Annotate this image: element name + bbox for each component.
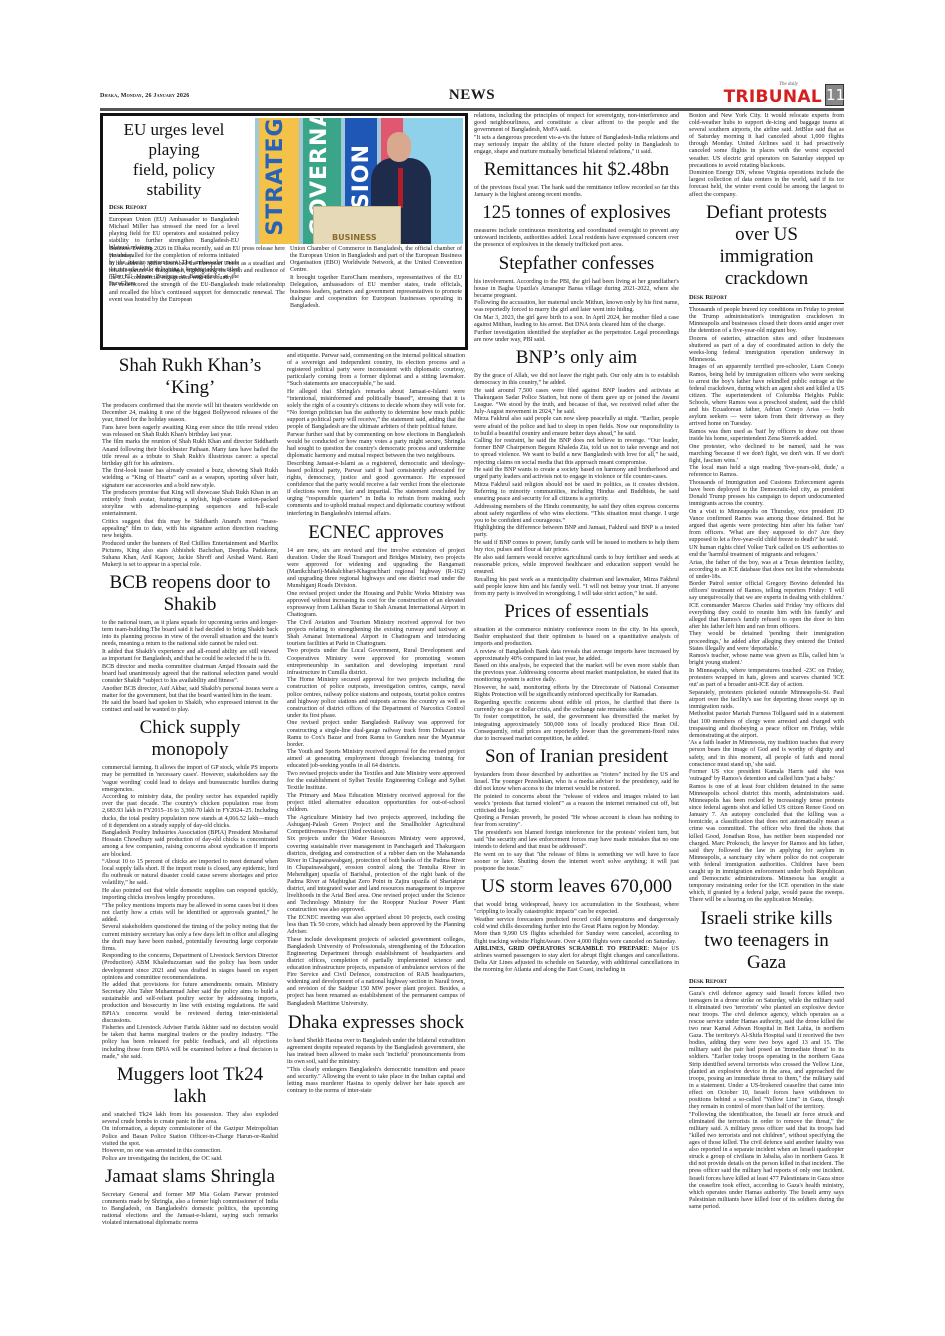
podium: BUSINESS: [313, 206, 401, 244]
byline: Desk Report: [689, 294, 844, 304]
byline: Desk Report: [689, 978, 844, 988]
page-number: 11: [825, 84, 844, 106]
lead-headline-line1: EU urges level playing: [124, 120, 225, 159]
paragraph: The Civil Aviation and Tourism Ministry …: [287, 620, 465, 648]
article-muggers-loot: Muggers loot Tk24 lakh and snatched Tk24…: [102, 1064, 278, 1163]
article-headline: Remittances hit $2.48bn: [474, 159, 679, 181]
paragraph: A review of Bangladesh Bank data reveals…: [474, 649, 679, 663]
article-headline: Dhaka expresses shock: [287, 1012, 465, 1034]
lead-photo: STRATEGY GOVERNANCE VISION ACY BUSINESS: [255, 118, 463, 244]
paragraph: Several stakeholders questioned the timi…: [102, 924, 278, 952]
article-dhaka-shock-continued: relations, including the principles of r…: [474, 113, 679, 156]
article-dhaka-shock: Dhaka expresses shock to hand Sheikh Has…: [287, 1012, 465, 1095]
speaker-head: [387, 132, 411, 162]
paragraph: Bangladesh Poultry Industries Associatio…: [102, 830, 278, 858]
article-headline: Defiant protests over US immigration cra…: [689, 202, 844, 290]
paragraph: Highlighting the difference between BNP …: [474, 525, 679, 539]
paragraph: The local man held a sign reading 'five-…: [689, 465, 844, 479]
article-headline: Prices of essentials: [474, 601, 679, 623]
paragraph: He pointed to concerns about the "releas…: [474, 794, 679, 815]
lead-story-continued-left: Business Evening 2026 in Dhaka recently,…: [109, 246, 285, 304]
article-headline: BCB reopens door to Shakib: [102, 572, 278, 616]
paragraph: Thousands of people braved icy condition…: [689, 307, 844, 335]
paragraph: Responding to the concerns, Department o…: [102, 953, 278, 981]
paragraph: Based on this analysis, he expected that…: [474, 663, 679, 684]
paragraph: He also said farmers would receive agric…: [474, 555, 679, 576]
article-headline: ECNEC approves: [287, 522, 465, 544]
paragraph: Arias, the father of the boy, was at a T…: [689, 560, 844, 581]
logo-wordmark: TRIBUNAL: [724, 88, 822, 106]
paragraph: These include development projects of se…: [287, 937, 465, 1008]
article-headline: Chick supply monopoly: [102, 717, 278, 761]
paragraph: Dominion Energy DN, whose Virginia opera…: [689, 170, 844, 198]
paragraph: One revised project under Bangladesh Rai…: [287, 720, 465, 748]
article-us-storm: US storm leaves 670,000 that would bring…: [474, 876, 679, 974]
paragraph: He underscored the strength of the EU-Ba…: [109, 282, 285, 303]
article-explosives: 125 tonnes of explosives measures includ…: [474, 202, 679, 249]
paragraph: The first-look teaser has already create…: [102, 468, 278, 489]
article-headline: Jamaat slams Shringla: [102, 1166, 278, 1188]
byline: Desk Report: [109, 204, 239, 214]
paragraph: However, no one was arrested in this con…: [102, 1148, 278, 1155]
paragraph: The ECNEC meeting was also apprised abou…: [287, 915, 465, 936]
paragraph: Former US vice president Kamala Harris s…: [689, 769, 844, 783]
paragraph: He said if BNP comes to power, family ca…: [474, 540, 679, 554]
paragraph: UN human rights chief Volker Turk called…: [689, 545, 844, 559]
paragraph: Mirza Fakhrul also said people can now s…: [474, 416, 679, 437]
paragraph: On Mar 3, 2023, the girl gave birth to a…: [474, 315, 679, 329]
paragraph: commercial farming. It allows the import…: [102, 765, 278, 793]
paragraph: Recalling his past work as a municipalit…: [474, 577, 679, 598]
paragraph: The Youth and Sports Ministry received a…: [287, 749, 465, 770]
paragraph: More than 9,990 US flights scheduled for…: [474, 931, 679, 945]
paragraph: to hand Sheikh Hasina over to Bangladesh…: [287, 1038, 465, 1066]
paragraph: In Minneapolis, where temperatures touch…: [689, 668, 844, 689]
article-headline: Shah Rukh Khan’s ‘King’: [102, 355, 278, 399]
paragraph: Secretary General and former MP Mia Gola…: [102, 1192, 278, 1227]
paragraph: Border Patrol senior official Gregory Bo…: [689, 581, 844, 631]
paragraph: to the national team, as it plans squads…: [102, 620, 278, 648]
paragraph: Ramos's teacher, whose name was given as…: [689, 653, 844, 667]
paragraph: Fisheries and Livestock Adviser Farida A…: [102, 1025, 278, 1060]
paragraph: Methodist pastor Mariah Furness Tollgaar…: [689, 711, 844, 739]
paragraph: He also pointed out that while domestic …: [102, 888, 278, 902]
paragraph: relations, including the principles of r…: [474, 113, 679, 134]
paragraph: Further investigation identified the ste…: [474, 330, 679, 344]
subhead: AIRLINES, GRID OPERATORS SCRAMBLE TO PRE…: [474, 946, 648, 952]
paragraph: Gaza's civil defence agency said Israeli…: [689, 991, 844, 1112]
article-remittances: Remittances hit $2.48bn of the previous …: [474, 159, 679, 199]
article-headline: 125 tonnes of explosives: [474, 202, 679, 224]
paragraph: his involvement. According to the PBI, t…: [474, 279, 679, 300]
paragraph: In his address, Miller described the Eur…: [109, 261, 285, 282]
paragraph: Parwar further said that by commenting o…: [287, 432, 465, 460]
paragraph: "Following the identification, the Israe…: [689, 1112, 844, 1211]
banner-strategy: STRATEGY: [259, 118, 299, 244]
paragraph: Produced under the banners of Red Chilli…: [102, 541, 278, 569]
paragraph: Mirza Fakhrul said religion should not b…: [474, 482, 679, 503]
paragraph: Addressing members of the Hindu communit…: [474, 504, 679, 525]
paragraph: According to ministry data, the poultry …: [102, 794, 278, 829]
article-headline: BNP’s only aim: [474, 347, 679, 369]
paragraph: measures include continuous monitoring a…: [474, 228, 679, 249]
article-chick-supply: Chick supply monopoly commercial farming…: [102, 717, 278, 1060]
paragraph: Thousands of Immigration and Customs Enf…: [689, 480, 844, 508]
paragraph: Quoting a Persian proverb, he posted "He…: [474, 815, 679, 829]
paragraph: The producers promise that King will sho…: [102, 490, 278, 518]
paragraph: Following the accusation, her maternal u…: [474, 300, 679, 314]
paragraph: Images of an apparently terrified pre-sc…: [689, 364, 844, 428]
lead-story-box: EU urges level playing field, policy sta…: [100, 113, 468, 350]
paragraph: On information, a deputy commissioner of…: [102, 1126, 278, 1147]
paragraph: that would bring widespread, heavy ice a…: [474, 902, 679, 916]
article-jamaat-shringla: Jamaat slams Shringla Secretary General …: [102, 1166, 278, 1227]
paragraph: It added that Shakib's experience and al…: [102, 649, 278, 663]
paragraph: and snatched Tk24 lakh from his possessi…: [102, 1112, 278, 1126]
paragraph: Describing Jamaat-e-Islami as a register…: [287, 461, 465, 518]
paragraph: Union Chamber of Commerce in Bangladesh,…: [290, 246, 462, 274]
article-headline: Stepfather confesses: [474, 253, 679, 275]
article-jamaat-continued: and etiquette. Parwar said, commenting o…: [287, 353, 465, 518]
article-ecnec: ECNEC approves 14 are new, six are revis…: [287, 522, 465, 1008]
paragraph: They would be detained 'pending their im…: [689, 631, 844, 652]
article-headline: US storm leaves 670,000: [474, 876, 679, 898]
article-headline: Son of Iranian president: [474, 746, 679, 768]
article-prices-essentials: Prices of essentials situation at the co…: [474, 601, 679, 743]
article-israeli-strike: Israeli strike kills two teenagers in Ga…: [689, 908, 844, 1212]
column-4: Boston and New York City. It would reloc…: [689, 113, 844, 1211]
column-3: relations, including the principles of r…: [474, 113, 679, 975]
paragraph: Boston and New York City. It would reloc…: [689, 113, 844, 170]
speaker-tie: [398, 168, 403, 208]
paragraph: BCB director and media committee chairma…: [102, 664, 278, 685]
paragraph: Two projects under the Local Government,…: [287, 648, 465, 676]
column-2: and etiquette. Parwar said, commenting o…: [287, 353, 465, 1095]
paragraph: By the grace of Allah, we did not leave …: [474, 373, 679, 387]
paragraph: Fans have been eagerly awaiting King eve…: [102, 425, 278, 439]
paragraph: It brought together EuroCham members, re…: [290, 275, 462, 310]
paragraph: The producers confirmed that the movie w…: [102, 403, 278, 424]
paragraph: Ramos is one of at least four children d…: [689, 784, 844, 905]
article-stepfather: Stepfather confesses his involvement. Ac…: [474, 253, 679, 344]
paragraph: However, he said, monitoring efforts by …: [474, 685, 679, 699]
paragraph: Six projects under the Water Resources M…: [287, 836, 465, 914]
article-bnp-aim: BNP’s only aim By the grace of Allah, we…: [474, 347, 679, 598]
paragraph: He said the BNP wants to create a societ…: [474, 467, 679, 481]
article-defiant-protests: Defiant protests over US immigration cra…: [689, 202, 844, 905]
article-bcb-shakib: BCB reopens door to Shakib to the nation…: [102, 572, 278, 714]
paragraph: “The policy mentions imports may be allo…: [102, 903, 278, 924]
paragraph: Weather service forecasters predicted re…: [474, 917, 679, 931]
podium-label: BUSINESS: [332, 233, 377, 242]
paragraph: Business Evening 2026 in Dhaka recently,…: [109, 246, 285, 260]
paragraph: He said the board had spoken to Shakib, …: [102, 700, 278, 714]
lead-headline-line2: field, policy stability: [133, 160, 215, 199]
paragraph: 'As a faith leader in Minnesota, my trad…: [689, 740, 844, 768]
paragraph: One protester, who declined to be named,…: [689, 444, 844, 465]
paragraph: To foster competition, he said, the gove…: [474, 714, 679, 742]
paragraph: The Agriculture Ministry had two project…: [287, 815, 465, 836]
article-headline: Israeli strike kills two teenagers in Ga…: [689, 908, 844, 974]
masthead-rule: [100, 108, 844, 111]
article-shah-rukh-khan: Shah Rukh Khan’s ‘King’ The producers co…: [102, 355, 278, 569]
paragraph: The Home Ministry secured approval for t…: [287, 677, 465, 720]
masthead: Dhaka, Monday, 26 January 2026 NEWS The …: [100, 80, 844, 108]
paragraph: bystanders from those described by autho…: [474, 772, 679, 793]
paragraph: Another BCB director, Asif Akbar, said S…: [102, 686, 278, 700]
article-us-storm-continued: Boston and New York City. It would reloc…: [689, 113, 844, 199]
article-iranian-president-son: Son of Iranian president bystanders from…: [474, 746, 679, 873]
paragraph: He alleged that Shringla's remarks about…: [287, 389, 465, 432]
paragraph: 14 are new, six are revised and five inv…: [287, 548, 465, 591]
logo-tagline: The daily: [779, 82, 798, 87]
paragraph: "It sets a dangerous precedent vis-a-vis…: [474, 135, 679, 156]
paragraph: “About 10 to 15 percent of chicks are im…: [102, 859, 278, 887]
paragraph: The president's son blamed foreign inter…: [474, 830, 679, 851]
paragraph: AIRLINES, GRID OPERATORS SCRAMBLE TO PRE…: [474, 946, 679, 974]
paragraph: He said around 7,500 cases were filed ag…: [474, 388, 679, 416]
paragraph: He went on to say that "the release of f…: [474, 852, 679, 873]
paragraph: of the previous fiscal year. The bank sa…: [474, 185, 679, 199]
paragraph: On a visit to Minneapolis on Thursday, v…: [689, 509, 844, 544]
lead-headline: EU urges level playing field, policy sta…: [109, 120, 239, 200]
paragraph: One revised project under the Housing an…: [287, 591, 465, 619]
article-headline: Muggers loot Tk24 lakh: [102, 1064, 278, 1108]
column-1: Shah Rukh Khan’s ‘King’ The producers co…: [102, 353, 278, 1227]
paragraph: Ramos was then used as 'bait' by officer…: [689, 429, 844, 443]
paragraph: Critics suggest that this may be Siddhar…: [102, 519, 278, 540]
paragraph: situation at the commerce ministry confe…: [474, 627, 679, 648]
paragraph: Calling for restraint, he said the BNP d…: [474, 438, 679, 466]
paragraph: Two revised projects under the Textiles …: [287, 771, 465, 792]
paragraph: The film marks the reunion of Shah Rukh …: [102, 439, 278, 467]
paragraph: Dozens of eateries, attraction sites and…: [689, 336, 844, 364]
paragraph: Regarding specific concerns about edible…: [474, 700, 679, 714]
paragraph: "This clearly endangers Bangladesh's dem…: [287, 1067, 465, 1095]
lead-story-continued-right: Union Chamber of Commerce in Bangladesh,…: [290, 246, 462, 310]
paragraph: The Primary and Mass Education Ministry …: [287, 793, 465, 814]
paragraph: He added that provisions for future amen…: [102, 982, 278, 1025]
paragraph: and etiquette. Parwar said, commenting o…: [287, 353, 465, 388]
newspaper-page: Dhaka, Monday, 26 January 2026 NEWS The …: [0, 0, 945, 1336]
paragraph: Police are investigating the incident, t…: [102, 1156, 278, 1163]
paragraph: Separately, protesters picketed outside …: [689, 690, 844, 711]
newspaper-logo: The daily TRIBUNAL 11: [724, 82, 844, 106]
